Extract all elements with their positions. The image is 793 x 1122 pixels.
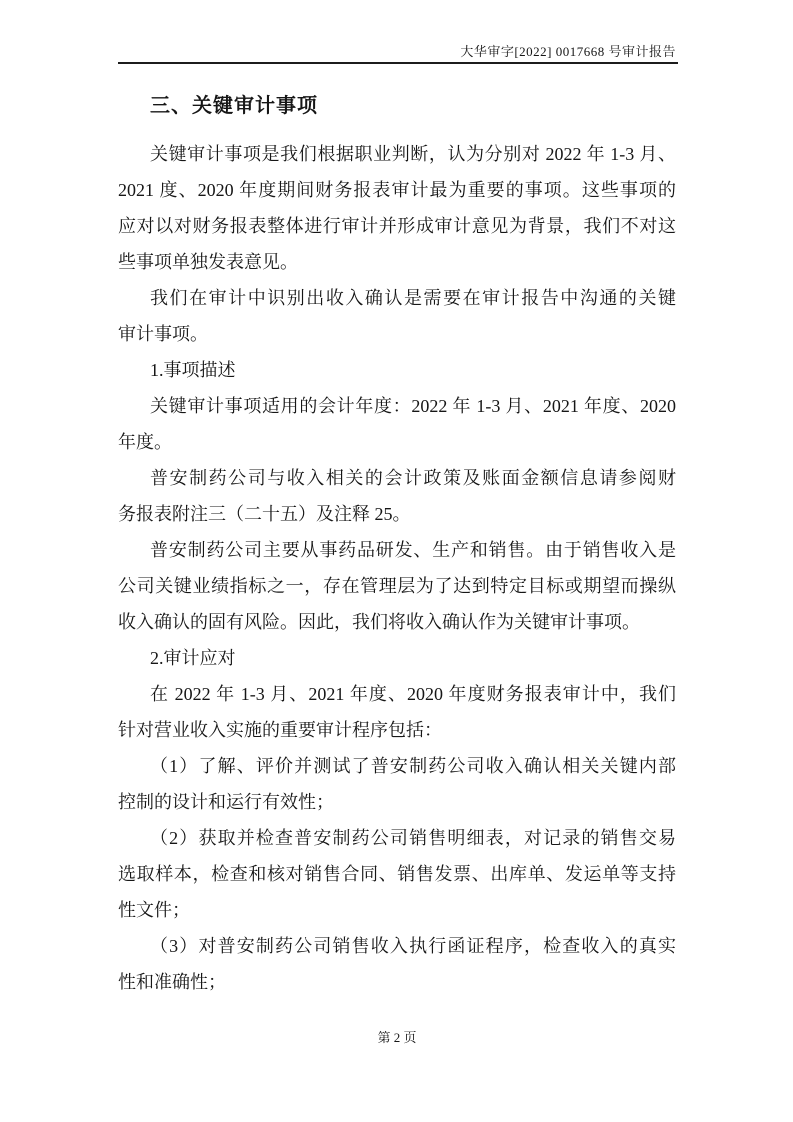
text-line: 控制的设计和运行有效性； — [118, 784, 676, 820]
text-line: 性文件； — [118, 892, 676, 928]
text-line: 收入确认的固有风险。因此，我们将收入确认作为关键审计事项。 — [118, 604, 676, 640]
section-heading: 三、关键审计事项 — [150, 93, 318, 119]
text-line: 些事项单独发表意见。 — [118, 244, 676, 280]
text-line: （2）获取并检查普安制药公司销售明细表，对记录的销售交易 — [118, 820, 676, 856]
page-number: 第 2 页 — [377, 1030, 416, 1045]
text-line: 2.审计应对 — [118, 640, 676, 676]
text-line: 务报表附注三（二十五）及注释 25。 — [118, 496, 676, 532]
text-line: 审计事项。 — [118, 316, 676, 352]
text-line: 关键审计事项是我们根据职业判断，认为分别对 2022 年 1-3 月、 — [118, 136, 676, 172]
text-line: 选取样本，检查和核对销售合同、销售发票、出库单、发运单等支持 — [118, 856, 676, 892]
text-line: （3）对普安制药公司销售收入执行函证程序，检查收入的真实 — [118, 928, 676, 964]
text-line: 普安制药公司与收入相关的会计政策及账面金额信息请参阅财 — [118, 460, 676, 496]
text-line: 针对营业收入实施的重要审计程序包括： — [118, 712, 676, 748]
text-line: （1）了解、评价并测试了普安制药公司收入确认相关关键内部 — [118, 748, 676, 784]
text-line: 应对以对财务报表整体进行审计并形成审计意见为背景，我们不对这 — [118, 208, 676, 244]
text-line: 1.事项描述 — [118, 352, 676, 388]
text-line: 在 2022 年 1-3 月、2021 年度、2020 年度财务报表审计中，我们 — [118, 676, 676, 712]
text-line: 普安制药公司主要从事药品研发、生产和销售。由于销售收入是 — [118, 532, 676, 568]
text-line: 我们在审计中识别出收入确认是需要在审计报告中沟通的关键 — [118, 280, 676, 316]
page-footer: 第 2 页 — [118, 1029, 676, 1047]
text-line: 公司关键业绩指标之一，存在管理层为了达到特定目标或期望而操纵 — [118, 568, 676, 604]
text-line: 年度。 — [118, 424, 676, 460]
page-header: 大华审字[2022] 0017668 号审计报告 — [118, 43, 676, 60]
header-rule — [118, 62, 678, 64]
audit-report-page: 大华审字[2022] 0017668 号审计报告 三、关键审计事项 关键审计事项… — [0, 0, 793, 1122]
text-line: 关键审计事项适用的会计年度：2022 年 1-3 月、2021 年度、2020 — [118, 388, 676, 424]
document-body: 关键审计事项是我们根据职业判断，认为分别对 2022 年 1-3 月、2021 … — [118, 136, 676, 1000]
report-number: 大华审字[2022] 0017668 号审计报告 — [460, 44, 676, 59]
text-line: 2021 度、2020 年度期间财务报表审计最为重要的事项。这些事项的 — [118, 172, 676, 208]
text-line: 性和准确性； — [118, 964, 676, 1000]
